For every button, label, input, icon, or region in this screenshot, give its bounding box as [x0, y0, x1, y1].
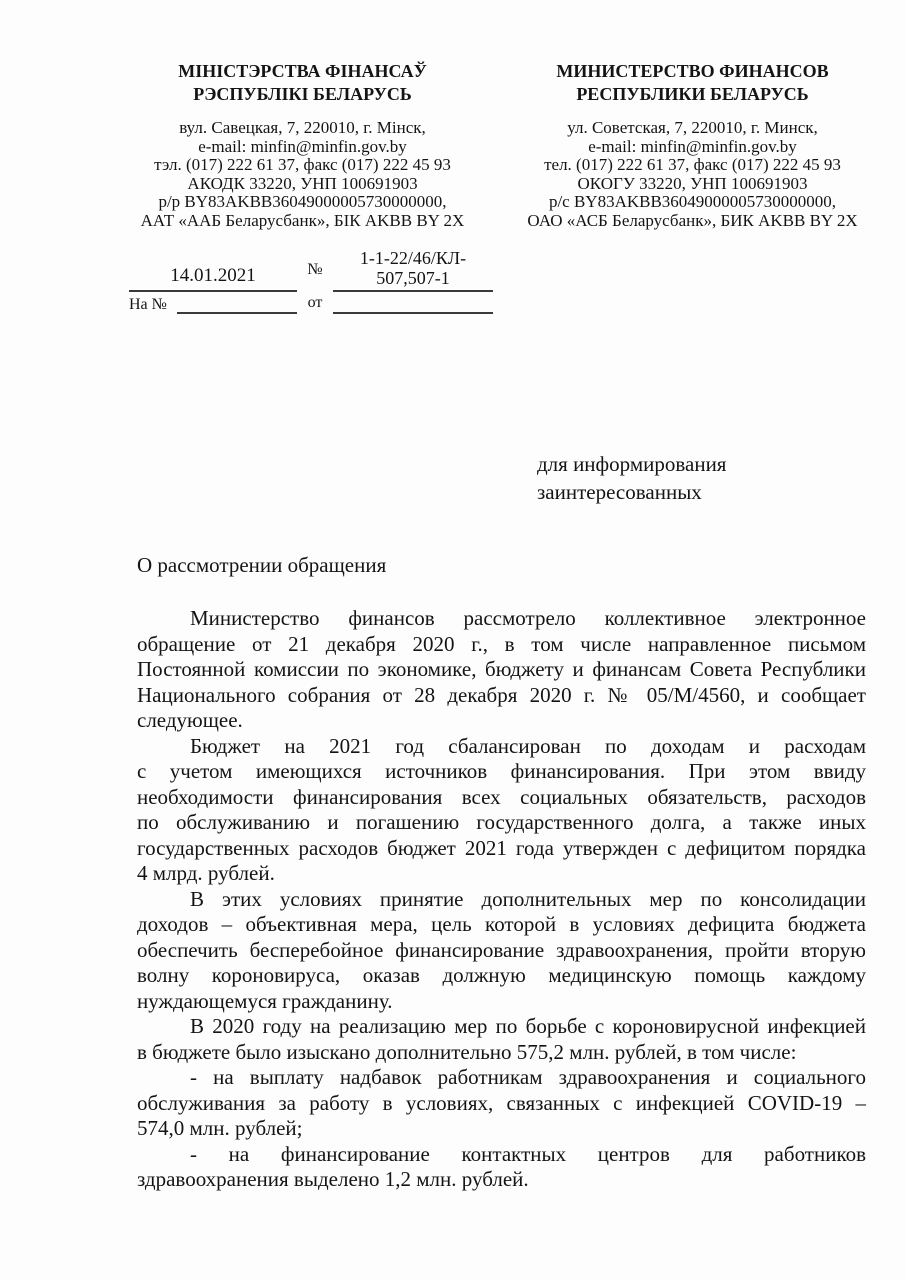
- address-line: р/с BY83AKBB36049000005730000000,: [500, 193, 885, 212]
- address-line: вул. Савецкая, 7, 220010, г. Мінск,: [110, 119, 495, 138]
- address-line: АКОДК 33220, УНП 100691903: [110, 175, 495, 194]
- paragraph-4: В 2020 году на реализацию мер по борьбе …: [137, 1014, 866, 1065]
- incoming-number-field: На №: [129, 294, 297, 314]
- body-line: в бюджете было изыскано дополнительно 57…: [137, 1040, 866, 1066]
- paragraph-5: - на выплату надбавок работникам здравоо…: [137, 1065, 866, 1142]
- address-line: ул. Советская, 7, 220010, г. Минск,: [500, 119, 885, 138]
- paragraph-3: В этих условиях принятие дополнительных …: [137, 887, 866, 1015]
- from-label: от: [297, 294, 333, 314]
- reference-row-incoming: На № от: [129, 292, 493, 314]
- ministry-address-ru: ул. Советская, 7, 220010, г. Минск, e-ma…: [500, 119, 885, 230]
- body-line: доходов – объективная мера, цель которой…: [137, 912, 866, 938]
- body-line: 574,0 млн. рублей;: [137, 1116, 866, 1142]
- letter-body: Министерство финансов рассмотрело коллек…: [137, 606, 866, 1193]
- number-sign-label: №: [297, 261, 333, 292]
- body-line: В 2020 году на реализацию мер по борьбе …: [137, 1014, 866, 1040]
- subject-line: О рассмотрении обращения: [137, 552, 866, 579]
- body-line: обслуживания за работу в условиях, связа…: [137, 1091, 866, 1117]
- reference-block: 14.01.2021 № 1-1-22/46/КЛ- 507,507-1 На …: [129, 244, 493, 314]
- address-line: ОАО «АСБ Беларусбанк», БИК AKBB BY 2X: [500, 212, 885, 231]
- body-line: Бюджет на 2021 год сбалансирован по дохо…: [137, 734, 866, 760]
- address-line: ААТ «ААБ Беларусбанк», БІК AKBB BY 2X: [110, 212, 495, 231]
- body-line: по обслуживанию и погашению государствен…: [137, 810, 866, 836]
- address-line: e-mail: minfin@minfin.gov.by: [500, 138, 885, 157]
- address-line: e-mail: minfin@minfin.gov.by: [110, 138, 495, 157]
- body-line: - на выплату надбавок работникам здравоо…: [137, 1065, 866, 1091]
- body-line: с учетом имеющихся источников финансиров…: [137, 759, 866, 785]
- body-line: обеспечить бесперебойное финансирование …: [137, 938, 866, 964]
- letter-number-line2: 507,507-1: [333, 268, 493, 288]
- incoming-date-blank: [333, 294, 493, 314]
- address-line: тел. (017) 222 61 37, факс (017) 222 45 …: [500, 156, 885, 175]
- body-line: 4 млрд. рублей.: [137, 861, 866, 887]
- letter-number-line1: 1-1-22/46/КЛ-: [333, 248, 493, 268]
- letter-number-field: 1-1-22/46/КЛ- 507,507-1: [333, 248, 493, 292]
- body-line: В этих условиях принятие дополнительных …: [137, 887, 866, 913]
- document-page: МІНІСТЭРСТВА ФІНАНСАЎ РЭСПУБЛІКІ БЕЛАРУС…: [0, 0, 905, 1280]
- ministry-title-be-line1: МІНІСТЭРСТВА ФІНАНСАЎ: [110, 60, 495, 83]
- recipient-line: для информирования: [537, 450, 837, 478]
- letterhead: МІНІСТЭРСТВА ФІНАНСАЎ РЭСПУБЛІКІ БЕЛАРУС…: [110, 60, 885, 230]
- recipient-line: заинтересованных: [537, 478, 837, 506]
- body-line: необходимости финансирования всех социал…: [137, 785, 866, 811]
- incoming-number-blank: [177, 294, 297, 314]
- address-line: тэл. (017) 222 61 37, факс (017) 222 45 …: [110, 156, 495, 175]
- reference-row-date-number: 14.01.2021 № 1-1-22/46/КЛ- 507,507-1: [129, 244, 493, 292]
- body-line: нуждающемуся гражданину.: [137, 989, 866, 1015]
- body-line: волну короновируса, оказав должную медиц…: [137, 963, 866, 989]
- body-line: обращение от 21 декабря 2020 г., в том ч…: [137, 632, 866, 658]
- recipient-note: для информирования заинтересованных: [537, 450, 837, 506]
- body-line: Национального собрания от 28 декабря 202…: [137, 683, 866, 709]
- body-line: Министерство финансов рассмотрело коллек…: [137, 606, 866, 632]
- address-line: р/р BY83AKBB36049000005730000000,: [110, 193, 495, 212]
- body-line: Постоянной комиссии по экономике, бюджет…: [137, 657, 866, 683]
- paragraph-1: Министерство финансов рассмотрело коллек…: [137, 606, 866, 734]
- letter-date-field: 14.01.2021: [129, 244, 297, 292]
- incoming-number-label: На №: [129, 296, 167, 314]
- letter-date: 14.01.2021: [170, 265, 256, 287]
- letterhead-russian: МИНИСТЕРСТВО ФИНАНСОВ РЕСПУБЛИКИ БЕЛАРУС…: [500, 60, 885, 230]
- body-line: следующее.: [137, 708, 866, 734]
- paragraph-6: - на финансирование контактных центров д…: [137, 1142, 866, 1193]
- letterhead-belarusian: МІНІСТЭРСТВА ФІНАНСАЎ РЭСПУБЛІКІ БЕЛАРУС…: [110, 60, 495, 230]
- ministry-title-ru-line1: МИНИСТЕРСТВО ФИНАНСОВ: [500, 60, 885, 83]
- address-line: ОКОГУ 33220, УНП 100691903: [500, 175, 885, 194]
- letter-main: О рассмотрении обращения Министерство фи…: [137, 552, 866, 1193]
- ministry-title-be-line2: РЭСПУБЛІКІ БЕЛАРУСЬ: [110, 83, 495, 106]
- paragraph-2: Бюджет на 2021 год сбалансирован по дохо…: [137, 734, 866, 887]
- ministry-address-be: вул. Савецкая, 7, 220010, г. Мінск, e-ma…: [110, 119, 495, 230]
- body-line: государственных расходов бюджет 2021 год…: [137, 836, 866, 862]
- ministry-title-ru: МИНИСТЕРСТВО ФИНАНСОВ РЕСПУБЛИКИ БЕЛАРУС…: [500, 60, 885, 106]
- ministry-title-be: МІНІСТЭРСТВА ФІНАНСАЎ РЭСПУБЛІКІ БЕЛАРУС…: [110, 60, 495, 106]
- ministry-title-ru-line2: РЕСПУБЛИКИ БЕЛАРУСЬ: [500, 83, 885, 106]
- body-line: - на финансирование контактных центров д…: [137, 1142, 866, 1168]
- body-line: здравоохранения выделено 1,2 млн. рублей…: [137, 1167, 866, 1193]
